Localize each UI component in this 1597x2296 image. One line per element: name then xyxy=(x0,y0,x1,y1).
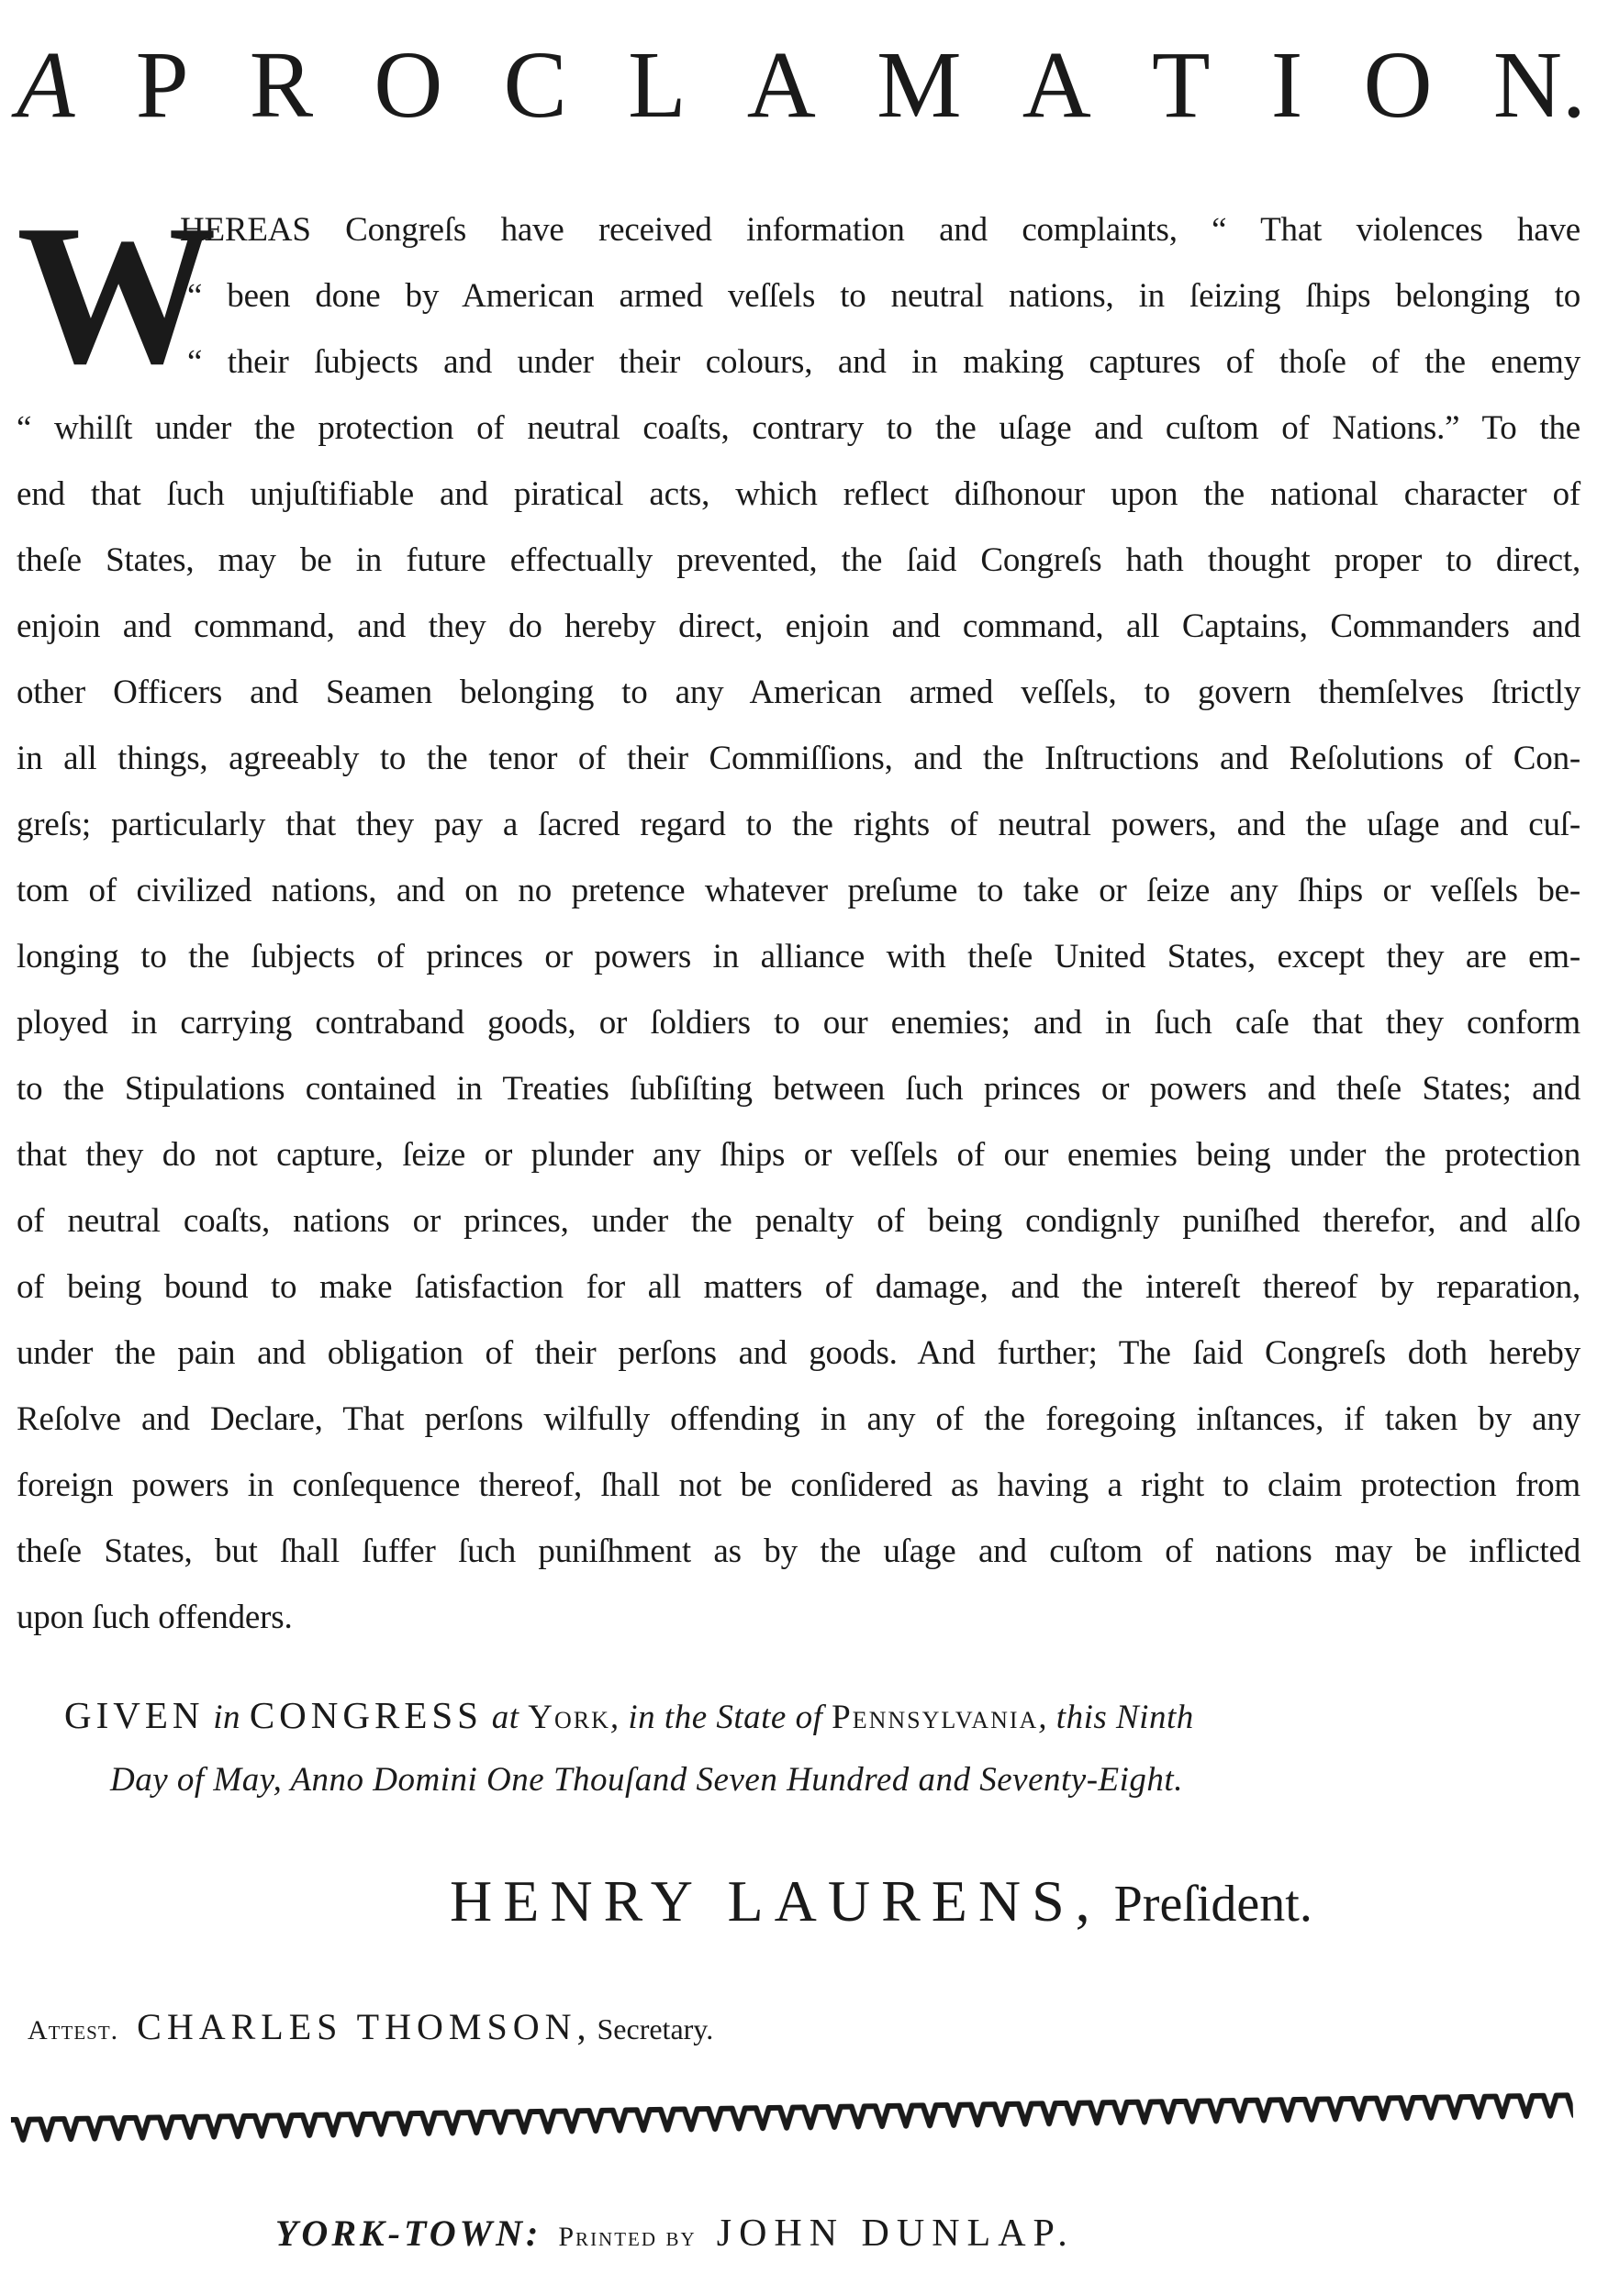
body-line: of being bound to make ſatisfaction for … xyxy=(17,1254,1580,1321)
title-letter: I xyxy=(1271,35,1303,136)
imprint-printer-name: JOHN DUNLAP. xyxy=(717,2212,1075,2255)
body-line: “ whilſt under the protection of neutral… xyxy=(17,396,1580,462)
body-line: foreign powers in conſequence thereof, ſ… xyxy=(17,1453,1580,1519)
ornamental-rule-icon xyxy=(11,2086,1573,2147)
body-line: “ their ſubjects and under their colours… xyxy=(187,329,1580,396)
drop-cap-letter: W xyxy=(17,208,217,383)
proclamation-title: A P R O C L A M A T I O N. xyxy=(17,35,1586,136)
given-text: , in the State of xyxy=(610,1699,832,1736)
body-line: other Officers and Seamen belonging to a… xyxy=(17,660,1580,726)
title-letter: N. xyxy=(1493,35,1586,136)
body-line: to the Stipulations contained in Treatie… xyxy=(17,1056,1580,1122)
body-line: HEREAS Congreſs have received informatio… xyxy=(180,197,1580,263)
body-line: of neutral coaſts, nations or princes, u… xyxy=(17,1188,1580,1254)
body-line: greſs; particularly that they pay a ſacr… xyxy=(17,792,1580,858)
president-title: Preſident. xyxy=(1114,1876,1312,1933)
body-line: longing to the ſubjects of princes or po… xyxy=(17,924,1580,990)
title-letter: O xyxy=(374,35,442,136)
printer-imprint: YORK-TOWN:Printed byJOHN DUNLAP. xyxy=(275,2212,1075,2256)
given-text: , this Ninth xyxy=(1038,1699,1193,1736)
given-word: GIVEN xyxy=(64,1694,205,1736)
given-text: at xyxy=(483,1699,528,1736)
body-line: “ been done by American armed veſſels to… xyxy=(187,263,1580,329)
title-letter: A xyxy=(17,35,75,136)
title-letter: R xyxy=(250,35,313,136)
secretary-name: CHARLES THOMSON, xyxy=(137,2006,591,2047)
title-letter: O xyxy=(1364,35,1433,136)
title-letter: A xyxy=(1022,35,1091,136)
title-letter: P xyxy=(136,35,189,136)
title-letter: M xyxy=(877,35,961,136)
body-line: upon ſuch offenders. xyxy=(17,1585,1580,1651)
president-name: HENRY LAURENS, xyxy=(450,1868,1101,1934)
body-line: enjoin and command, and they do hereby d… xyxy=(17,594,1580,660)
body-line: that they do not capture, ſeize or plund… xyxy=(17,1122,1580,1188)
secretary-title: Secretary. xyxy=(597,2012,713,2045)
title-letter: L xyxy=(628,35,687,136)
signature-president: HENRY LAURENS,Preſident. xyxy=(450,1867,1312,1935)
imprint-printed-by: Printed by xyxy=(558,2222,696,2252)
opening-paragraph: W HEREAS Congreſs have received informat… xyxy=(17,197,1580,396)
attestation: Attest.CHARLES THOMSON,Secretary. xyxy=(28,2005,713,2048)
given-in-congress: GIVEN in CONGRESS at York, in the State … xyxy=(64,1684,1588,1811)
proclamation-body: W HEREAS Congreſs have received informat… xyxy=(17,197,1580,1651)
body-line: theſe States, but ſhall ſuffer ſuch puni… xyxy=(17,1519,1580,1585)
imprint-city: YORK-TOWN: xyxy=(275,2212,542,2254)
body-line: in all things, agreeably to the tenor of… xyxy=(17,726,1580,792)
body-line: Reſolve and Declare, That perſons wilful… xyxy=(17,1387,1580,1453)
attest-label: Attest. xyxy=(28,2015,118,2045)
given-line-2: Day of May, Anno Domini One Thouſand Sev… xyxy=(64,1749,1588,1811)
body-line: under the pain and obligation of their p… xyxy=(17,1321,1580,1387)
body-line: theſe States, may be in future effectual… xyxy=(17,528,1580,594)
title-letter: T xyxy=(1152,35,1211,136)
title-letter: C xyxy=(504,35,567,136)
body-line: end that ſuch unjuſtifiable and piratica… xyxy=(17,462,1580,528)
congress-word: CONGRESS xyxy=(250,1694,483,1736)
title-letter: A xyxy=(747,35,816,136)
body-line: tom of civilized nations, and on no pret… xyxy=(17,858,1580,924)
place-pennsylvania: Pennsylvania xyxy=(832,1699,1038,1736)
body-line: ployed in carrying contraband goods, or … xyxy=(17,990,1580,1056)
given-text: in xyxy=(205,1699,250,1736)
place-york: York xyxy=(528,1699,610,1736)
given-line-1: GIVEN in CONGRESS at York, in the State … xyxy=(64,1684,1588,1749)
